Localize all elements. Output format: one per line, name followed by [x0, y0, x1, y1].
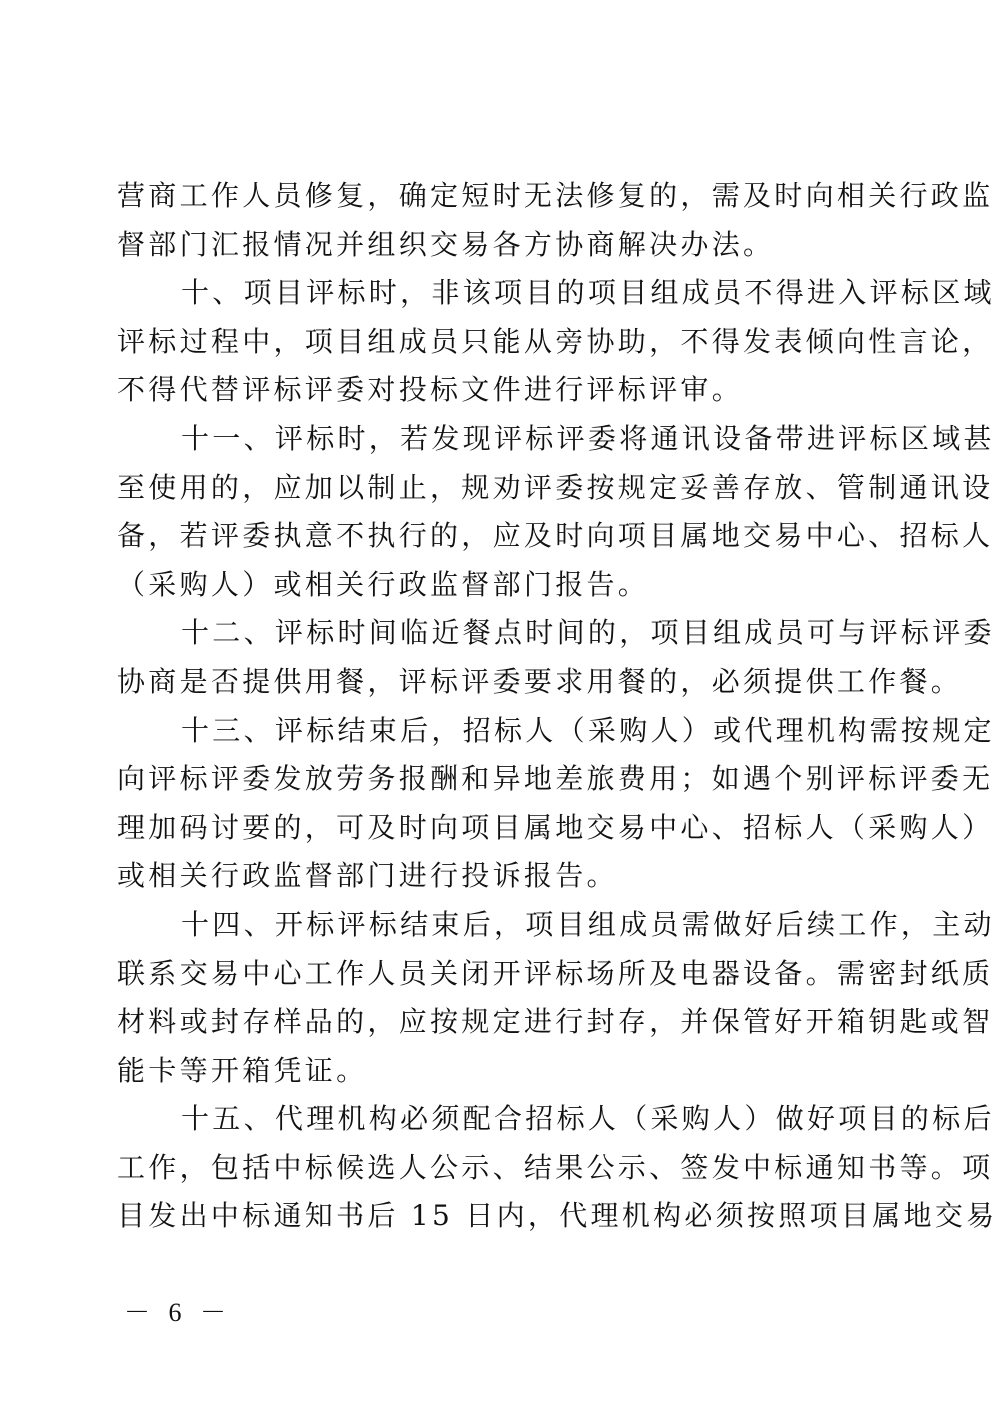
text-line: 备，若评委执意不执行的，应及时向项目属地交易中心、招标人 — [117, 512, 862, 561]
text-line: 十、项目评标时，非该项目的项目组成员不得进入评标区域。 — [117, 269, 862, 318]
paragraph-item-15: 十五、代理机构必须配合招标人（采购人）做好项目的标后 工作，包括中标候选人公示、… — [117, 1095, 862, 1241]
paragraph-item-12: 十二、评标时间临近餐点时间的，项目组成员可与评标评委 协商是否提供用餐，评标评委… — [117, 609, 862, 706]
text-line: 或相关行政监督部门进行投诉报告。 — [117, 852, 862, 901]
page-number: － 6 － — [124, 1292, 232, 1329]
text-line: 理加码讨要的，可及时向项目属地交易中心、招标人（采购人） — [117, 804, 862, 853]
text-line: 至使用的，应加以制止，规劝评委按规定妥善存放、管制通讯设 — [117, 464, 862, 513]
text-line: 十一、评标时，若发现评标评委将通讯设备带进评标区域甚 — [117, 415, 862, 464]
paragraph-item-11: 十一、评标时，若发现评标评委将通讯设备带进评标区域甚 至使用的，应加以制止，规劝… — [117, 415, 862, 609]
document-page: 营商工作人员修复，确定短时无法修复的，需及时向相关行政监 督部门汇报情况并组织交… — [0, 0, 992, 1403]
text-line: 目发出中标通知书后 15 日内，代理机构必须按照项目属地交易 — [117, 1192, 862, 1241]
text-line: 协商是否提供用餐，评标评委要求用餐的，必须提供工作餐。 — [117, 658, 862, 707]
paragraph-item-14: 十四、开标评标结束后，项目组成员需做好后续工作，主动 联系交易中心工作人员关闭开… — [117, 901, 862, 1095]
text-line: 联系交易中心工作人员关闭开评标场所及电器设备。需密封纸质 — [117, 950, 862, 999]
text-line: 十五、代理机构必须配合招标人（采购人）做好项目的标后 — [117, 1095, 862, 1144]
paragraph-item-13: 十三、评标结束后，招标人（采购人）或代理机构需按规定 向评标评委发放劳务报酬和异… — [117, 707, 862, 901]
text-line: 督部门汇报情况并组织交易各方协商解决办法。 — [117, 221, 862, 270]
text-line: 能卡等开箱凭证。 — [117, 1047, 862, 1096]
text-line: 十四、开标评标结束后，项目组成员需做好后续工作，主动 — [117, 901, 862, 950]
text-line: 十二、评标时间临近餐点时间的，项目组成员可与评标评委 — [117, 609, 862, 658]
text-line: 营商工作人员修复，确定短时无法修复的，需及时向相关行政监 — [117, 172, 862, 221]
text-line: （采购人）或相关行政监督部门报告。 — [117, 561, 862, 610]
paragraph-item-10: 十、项目评标时，非该项目的项目组成员不得进入评标区域。 评标过程中，项目组成员只… — [117, 269, 862, 415]
text-line: 评标过程中，项目组成员只能从旁协助，不得发表倾向性言论， — [117, 318, 862, 367]
body-text: 营商工作人员修复，确定短时无法修复的，需及时向相关行政监 督部门汇报情况并组织交… — [117, 172, 862, 1241]
text-line: 材料或封存样品的，应按规定进行封存，并保管好开箱钥匙或智 — [117, 998, 862, 1047]
text-line: 十三、评标结束后，招标人（采购人）或代理机构需按规定 — [117, 707, 862, 756]
text-line: 向评标评委发放劳务报酬和异地差旅费用；如遇个别评标评委无 — [117, 755, 862, 804]
text-line: 工作，包括中标候选人公示、结果公示、签发中标通知书等。项 — [117, 1144, 862, 1193]
text-line: 不得代替评标评委对投标文件进行评标评审。 — [117, 366, 862, 415]
paragraph-continued: 营商工作人员修复，确定短时无法修复的，需及时向相关行政监 督部门汇报情况并组织交… — [117, 172, 862, 269]
